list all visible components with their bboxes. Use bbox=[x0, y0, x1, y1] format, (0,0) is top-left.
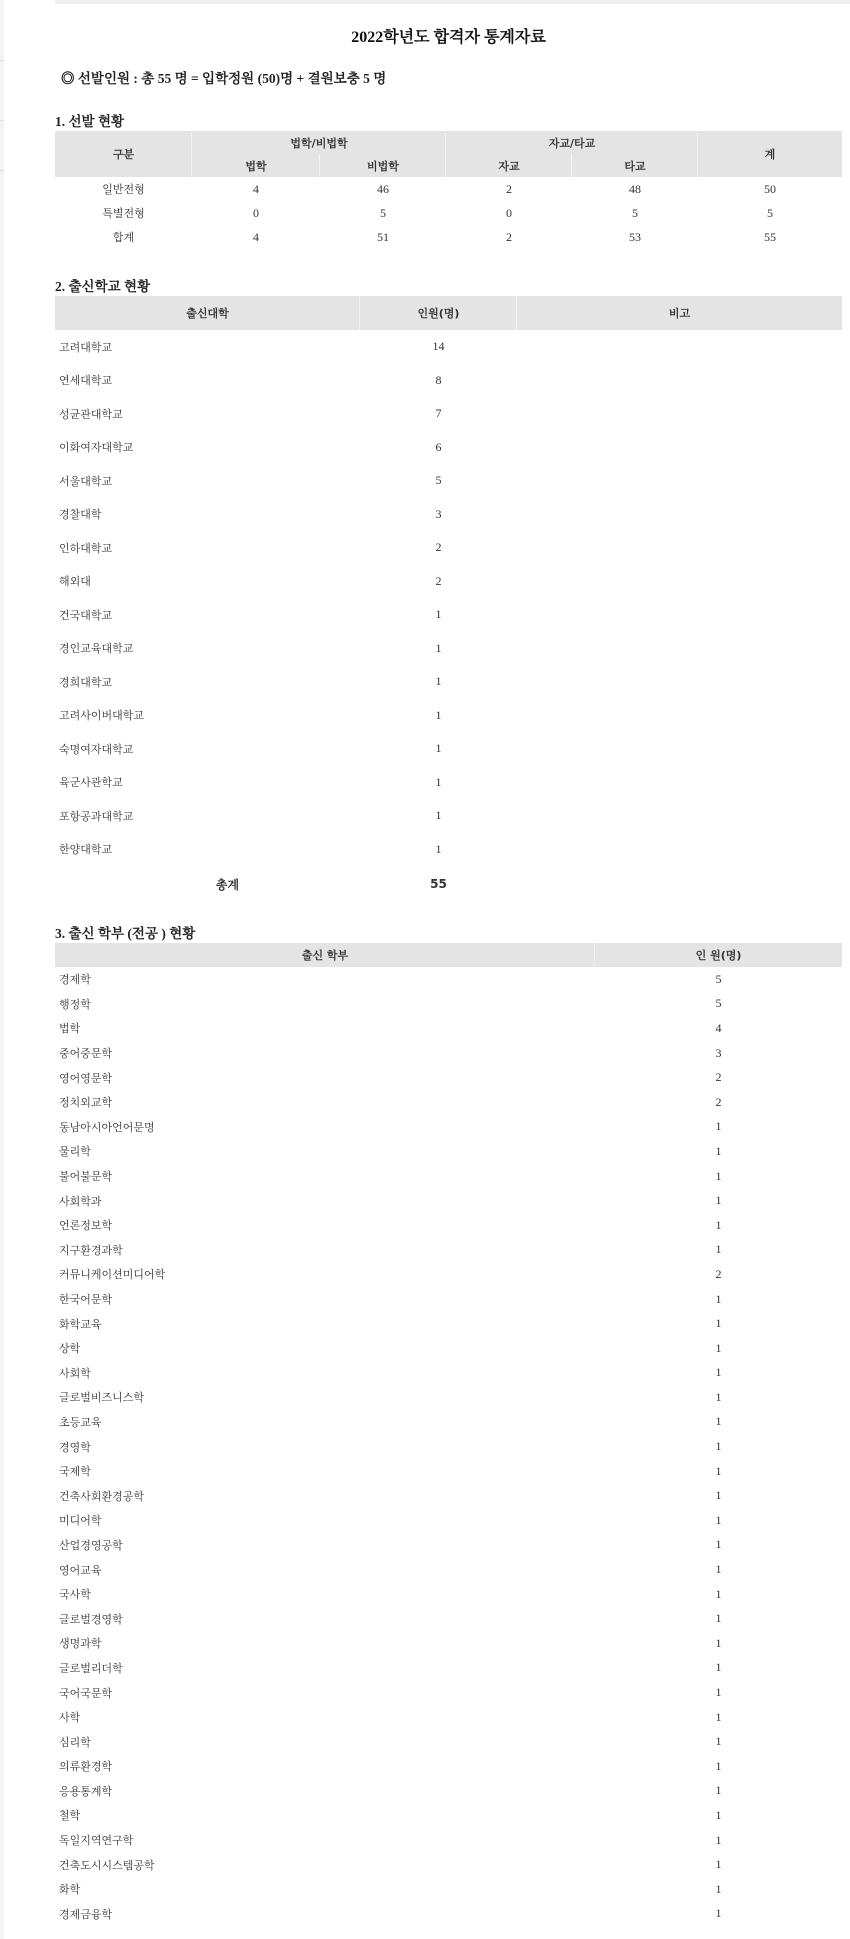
left-edge-rail bbox=[0, 0, 4, 1939]
school-name: 한양대학교 bbox=[55, 833, 360, 867]
row-label: 합계 bbox=[55, 225, 192, 249]
total-row: 총계55 bbox=[55, 866, 842, 902]
cell-total: 50 bbox=[698, 177, 842, 201]
major-count: 1 bbox=[595, 1557, 842, 1582]
header-major-count: 인 원(명) bbox=[595, 943, 842, 967]
major-count: 1 bbox=[595, 1115, 842, 1140]
major-count: 1 bbox=[595, 1852, 842, 1877]
school-count: 1 bbox=[360, 699, 517, 733]
major-count: 1 bbox=[595, 1779, 842, 1804]
cell-other: 53 bbox=[572, 225, 698, 249]
school-count: 1 bbox=[360, 799, 517, 833]
table-row: 사학1 bbox=[55, 1705, 842, 1730]
major-name: 상학 bbox=[55, 1336, 595, 1361]
table-row: 인하대학교2 bbox=[55, 531, 842, 565]
major-count: 1 bbox=[595, 1508, 842, 1533]
cell-own: 2 bbox=[446, 225, 572, 249]
table-row: 사회학1 bbox=[55, 1361, 842, 1386]
selection-summary: ◎ 선발인원 : 총 55 명 = 입학정원 (50)명 + 결원보충 5 명 bbox=[61, 67, 386, 87]
major-count: 1 bbox=[595, 1361, 842, 1386]
table-row: 불어불문학1 bbox=[55, 1164, 842, 1189]
major-count: 1 bbox=[595, 1139, 842, 1164]
school-name: 숙명여자대학교 bbox=[55, 732, 360, 766]
major-count: 2 bbox=[595, 1262, 842, 1287]
major-name: 정치외교학 bbox=[55, 1090, 595, 1115]
major-name: 건축도시시스템공학 bbox=[55, 1852, 595, 1877]
major-count: 1 bbox=[595, 1729, 842, 1754]
table-row: 응용통계학1 bbox=[55, 1779, 842, 1804]
school-note bbox=[517, 431, 842, 465]
total-label: 총계 bbox=[55, 866, 360, 902]
table-row: 법학4 bbox=[55, 1016, 842, 1041]
table-row: 미디어학1 bbox=[55, 1508, 842, 1533]
major-name: 화학 bbox=[55, 1877, 595, 1902]
major-count: 3 bbox=[595, 1041, 842, 1066]
major-count: 1 bbox=[595, 1459, 842, 1484]
total-value: 55 bbox=[360, 866, 517, 902]
school-name: 해외대 bbox=[55, 565, 360, 599]
cell-nonlaw: 46 bbox=[320, 177, 446, 201]
major-count: 1 bbox=[595, 1213, 842, 1238]
school-name: 육군사관학교 bbox=[55, 766, 360, 800]
major-count: 2 bbox=[595, 1065, 842, 1090]
table-row: 경제금융학1 bbox=[55, 1902, 842, 1927]
major-count: 1 bbox=[595, 1483, 842, 1508]
table-row: 경제학5 bbox=[55, 967, 842, 992]
school-name: 경인교육대학교 bbox=[55, 632, 360, 666]
header-note: 비고 bbox=[517, 296, 842, 330]
table-row: 물리학1 bbox=[55, 1139, 842, 1164]
table-row: 화학1 bbox=[55, 1877, 842, 1902]
cell-nonlaw: 51 bbox=[320, 225, 446, 249]
major-count: 1 bbox=[595, 1902, 842, 1927]
school-note bbox=[517, 397, 842, 431]
major-name: 독일지역연구학 bbox=[55, 1828, 595, 1853]
major-name: 초등교육 bbox=[55, 1410, 595, 1435]
major-name: 언론정보학 bbox=[55, 1213, 595, 1238]
school-count: 1 bbox=[360, 632, 517, 666]
school-count: 1 bbox=[360, 665, 517, 699]
header-major: 출신 학부 bbox=[55, 943, 595, 967]
school-name: 고려대학교 bbox=[55, 330, 360, 364]
table-row: 커뮤니케이션미디어학2 bbox=[55, 1262, 842, 1287]
header-total: 계 bbox=[698, 131, 842, 177]
major-name: 중어중문학 bbox=[55, 1041, 595, 1066]
total-note bbox=[517, 866, 842, 902]
table-row: 경영학1 bbox=[55, 1434, 842, 1459]
table-row: 일반전형 4 46 2 48 50 bbox=[55, 177, 842, 201]
header-group-school: 자교/타교 bbox=[446, 131, 698, 154]
table-row: 국제학1 bbox=[55, 1459, 842, 1484]
major-count: 1 bbox=[595, 1631, 842, 1656]
selection-status-table: 구분 법학/비법학 자교/타교 계 법학 비법학 자교 타교 일반전형 4 46… bbox=[55, 131, 842, 249]
major-name: 건축사회환경공학 bbox=[55, 1483, 595, 1508]
school-count: 7 bbox=[360, 397, 517, 431]
major-name: 화학교육 bbox=[55, 1311, 595, 1336]
school-name: 건국대학교 bbox=[55, 598, 360, 632]
table-row: 한국어문학1 bbox=[55, 1287, 842, 1312]
school-count: 8 bbox=[360, 364, 517, 398]
header-nonlaw: 비법학 bbox=[320, 154, 446, 177]
table-row: 건축사회환경공학1 bbox=[55, 1483, 842, 1508]
major-name: 행정학 bbox=[55, 992, 595, 1017]
table-row: 동남아시아언어문명1 bbox=[55, 1115, 842, 1140]
table-row: 서울대학교5 bbox=[55, 464, 842, 498]
major-name: 불어불문학 bbox=[55, 1164, 595, 1189]
table-row: 언론정보학1 bbox=[55, 1213, 842, 1238]
table-row: 산업경영공학1 bbox=[55, 1533, 842, 1558]
table-row: 연세대학교8 bbox=[55, 364, 842, 398]
major-name: 글로벌리더학 bbox=[55, 1656, 595, 1681]
major-name: 지구환경과학 bbox=[55, 1238, 595, 1263]
major-name: 영어영문학 bbox=[55, 1065, 595, 1090]
school-note bbox=[517, 598, 842, 632]
table-row: 지구환경과학1 bbox=[55, 1238, 842, 1263]
table-row: 의류환경학1 bbox=[55, 1754, 842, 1779]
major-count: 1 bbox=[595, 1287, 842, 1312]
major-count: 2 bbox=[595, 1090, 842, 1115]
major-count: 1 bbox=[595, 1434, 842, 1459]
major-count: 1 bbox=[595, 1754, 842, 1779]
top-divider-bar bbox=[55, 0, 850, 4]
cell-own: 2 bbox=[446, 177, 572, 201]
major-count: 1 bbox=[595, 1385, 842, 1410]
page-title: 2022학년도 합격자 통계자료 bbox=[55, 24, 842, 47]
major-count: 1 bbox=[595, 1311, 842, 1336]
cell-other: 48 bbox=[572, 177, 698, 201]
major-name: 물리학 bbox=[55, 1139, 595, 1164]
table-row: 정치외교학2 bbox=[55, 1090, 842, 1115]
major-name: 산업경영공학 bbox=[55, 1533, 595, 1558]
school-name: 이화여자대학교 bbox=[55, 431, 360, 465]
major-name: 사회학 bbox=[55, 1361, 595, 1386]
school-name: 경찰대학 bbox=[55, 498, 360, 532]
school-note bbox=[517, 732, 842, 766]
school-count: 2 bbox=[360, 531, 517, 565]
table-row: 글로벌리더학1 bbox=[55, 1656, 842, 1681]
school-note bbox=[517, 330, 842, 364]
cell-total: 5 bbox=[698, 201, 842, 225]
major-name: 미디어학 bbox=[55, 1508, 595, 1533]
major-count: 1 bbox=[595, 1877, 842, 1902]
major-name: 응용통계학 bbox=[55, 1779, 595, 1804]
school-name: 인하대학교 bbox=[55, 531, 360, 565]
table-row: 건축도시시스템공학1 bbox=[55, 1852, 842, 1877]
major-count: 1 bbox=[595, 1680, 842, 1705]
major-name: 경영학 bbox=[55, 1434, 595, 1459]
major-name: 국어국문학 bbox=[55, 1680, 595, 1705]
school-count: 6 bbox=[360, 431, 517, 465]
major-count: 1 bbox=[595, 1803, 842, 1828]
table-row: 육군사관학교1 bbox=[55, 766, 842, 800]
major-name: 심리학 bbox=[55, 1729, 595, 1754]
school-count: 14 bbox=[360, 330, 517, 364]
school-count: 1 bbox=[360, 598, 517, 632]
header-category: 구분 bbox=[55, 131, 192, 177]
school-note bbox=[517, 632, 842, 666]
major-count: 1 bbox=[595, 1336, 842, 1361]
table-row: 성균관대학교7 bbox=[55, 397, 842, 431]
table-row: 사회학과1 bbox=[55, 1188, 842, 1213]
school-note bbox=[517, 766, 842, 800]
major-name: 사회학과 bbox=[55, 1188, 595, 1213]
table-row: 국어국문학1 bbox=[55, 1680, 842, 1705]
major-count: 1 bbox=[595, 1238, 842, 1263]
header-school: 출신대학 bbox=[55, 296, 360, 330]
section3-heading: 3. 출신 학부 (전공 ) 현황 bbox=[55, 922, 195, 942]
cell-law: 4 bbox=[192, 225, 320, 249]
section2-heading: 2. 출신학교 현황 bbox=[55, 275, 150, 295]
major-name: 법학 bbox=[55, 1016, 595, 1041]
school-count: 1 bbox=[360, 732, 517, 766]
school-count: 5 bbox=[360, 464, 517, 498]
major-origin-table: 출신 학부 인 원(명) 경제학5행정학5법학4중어중문학3영어영문학2정치외교… bbox=[55, 943, 842, 1926]
header-other: 타교 bbox=[572, 154, 698, 177]
major-count: 4 bbox=[595, 1016, 842, 1041]
table-row: 경희대학교1 bbox=[55, 665, 842, 699]
row-label: 일반전형 bbox=[55, 177, 192, 201]
school-name: 경희대학교 bbox=[55, 665, 360, 699]
cell-other: 5 bbox=[572, 201, 698, 225]
table-row: 숙명여자대학교1 bbox=[55, 732, 842, 766]
school-count: 1 bbox=[360, 833, 517, 867]
major-name: 영어교육 bbox=[55, 1557, 595, 1582]
major-name: 국제학 bbox=[55, 1459, 595, 1484]
school-note bbox=[517, 699, 842, 733]
table-row: 화학교육1 bbox=[55, 1311, 842, 1336]
school-note bbox=[517, 464, 842, 498]
major-count: 1 bbox=[595, 1164, 842, 1189]
school-name: 고려사이버대학교 bbox=[55, 699, 360, 733]
table-row: 이화여자대학교6 bbox=[55, 431, 842, 465]
table-row: 독일지역연구학1 bbox=[55, 1828, 842, 1853]
major-name: 동남아시아언어문명 bbox=[55, 1115, 595, 1140]
school-note bbox=[517, 665, 842, 699]
table-row: 상학1 bbox=[55, 1336, 842, 1361]
table-row: 해외대2 bbox=[55, 565, 842, 599]
school-note bbox=[517, 833, 842, 867]
table-row: 초등교육1 bbox=[55, 1410, 842, 1435]
school-count: 1 bbox=[360, 766, 517, 800]
school-name: 연세대학교 bbox=[55, 364, 360, 398]
table-row: 한양대학교1 bbox=[55, 833, 842, 867]
table-row: 합계 4 51 2 53 55 bbox=[55, 225, 842, 249]
table-row: 중어중문학3 bbox=[55, 1041, 842, 1066]
table-row: 경찰대학3 bbox=[55, 498, 842, 532]
major-count: 1 bbox=[595, 1656, 842, 1681]
major-count: 1 bbox=[595, 1410, 842, 1435]
table-row: 영어영문학2 bbox=[55, 1065, 842, 1090]
major-name: 사학 bbox=[55, 1705, 595, 1730]
row-label: 특별전형 bbox=[55, 201, 192, 225]
school-origin-table: 출신대학 인원(명) 비고 고려대학교14연세대학교8성균관대학교7이화여자대학… bbox=[55, 296, 842, 902]
cell-nonlaw: 5 bbox=[320, 201, 446, 225]
school-name: 성균관대학교 bbox=[55, 397, 360, 431]
header-own: 자교 bbox=[446, 154, 572, 177]
major-name: 경제학 bbox=[55, 967, 595, 992]
school-note bbox=[517, 364, 842, 398]
table-row: 고려사이버대학교1 bbox=[55, 699, 842, 733]
table-row: 생명과학1 bbox=[55, 1631, 842, 1656]
section1-heading: 1. 선발 현황 bbox=[55, 110, 124, 130]
cell-law: 4 bbox=[192, 177, 320, 201]
major-count: 1 bbox=[595, 1188, 842, 1213]
table-row: 행정학5 bbox=[55, 992, 842, 1017]
cell-own: 0 bbox=[446, 201, 572, 225]
header-law: 법학 bbox=[192, 154, 320, 177]
major-count: 5 bbox=[595, 967, 842, 992]
major-count: 1 bbox=[595, 1828, 842, 1853]
major-count: 5 bbox=[595, 992, 842, 1017]
major-count: 1 bbox=[595, 1533, 842, 1558]
table-row: 심리학1 bbox=[55, 1729, 842, 1754]
major-count: 1 bbox=[595, 1705, 842, 1730]
school-count: 3 bbox=[360, 498, 517, 532]
cell-law: 0 bbox=[192, 201, 320, 225]
major-name: 한국어문학 bbox=[55, 1287, 595, 1312]
school-count: 2 bbox=[360, 565, 517, 599]
table-row: 국사학1 bbox=[55, 1582, 842, 1607]
school-name: 서울대학교 bbox=[55, 464, 360, 498]
header-count: 인원(명) bbox=[360, 296, 517, 330]
header-group-law: 법학/비법학 bbox=[192, 131, 446, 154]
major-name: 커뮤니케이션미디어학 bbox=[55, 1262, 595, 1287]
school-note bbox=[517, 498, 842, 532]
major-name: 의류환경학 bbox=[55, 1754, 595, 1779]
table-row: 건국대학교1 bbox=[55, 598, 842, 632]
major-name: 철학 bbox=[55, 1803, 595, 1828]
school-note bbox=[517, 799, 842, 833]
table-row: 특별전형 0 5 0 5 5 bbox=[55, 201, 842, 225]
table-row: 고려대학교14 bbox=[55, 330, 842, 364]
table-row: 글로벌비즈니스학1 bbox=[55, 1385, 842, 1410]
table-row: 영어교육1 bbox=[55, 1557, 842, 1582]
cell-total: 55 bbox=[698, 225, 842, 249]
table-row: 경인교육대학교1 bbox=[55, 632, 842, 666]
major-count: 1 bbox=[595, 1582, 842, 1607]
major-name: 경제금융학 bbox=[55, 1902, 595, 1927]
major-count: 1 bbox=[595, 1606, 842, 1631]
table-row: 글로벌경영학1 bbox=[55, 1606, 842, 1631]
table-row: 포항공과대학교1 bbox=[55, 799, 842, 833]
major-name: 생명과학 bbox=[55, 1631, 595, 1656]
major-name: 글로벌비즈니스학 bbox=[55, 1385, 595, 1410]
table-row: 철학1 bbox=[55, 1803, 842, 1828]
major-name: 글로벌경영학 bbox=[55, 1606, 595, 1631]
school-name: 포항공과대학교 bbox=[55, 799, 360, 833]
school-note bbox=[517, 565, 842, 599]
school-note bbox=[517, 531, 842, 565]
major-name: 국사학 bbox=[55, 1582, 595, 1607]
